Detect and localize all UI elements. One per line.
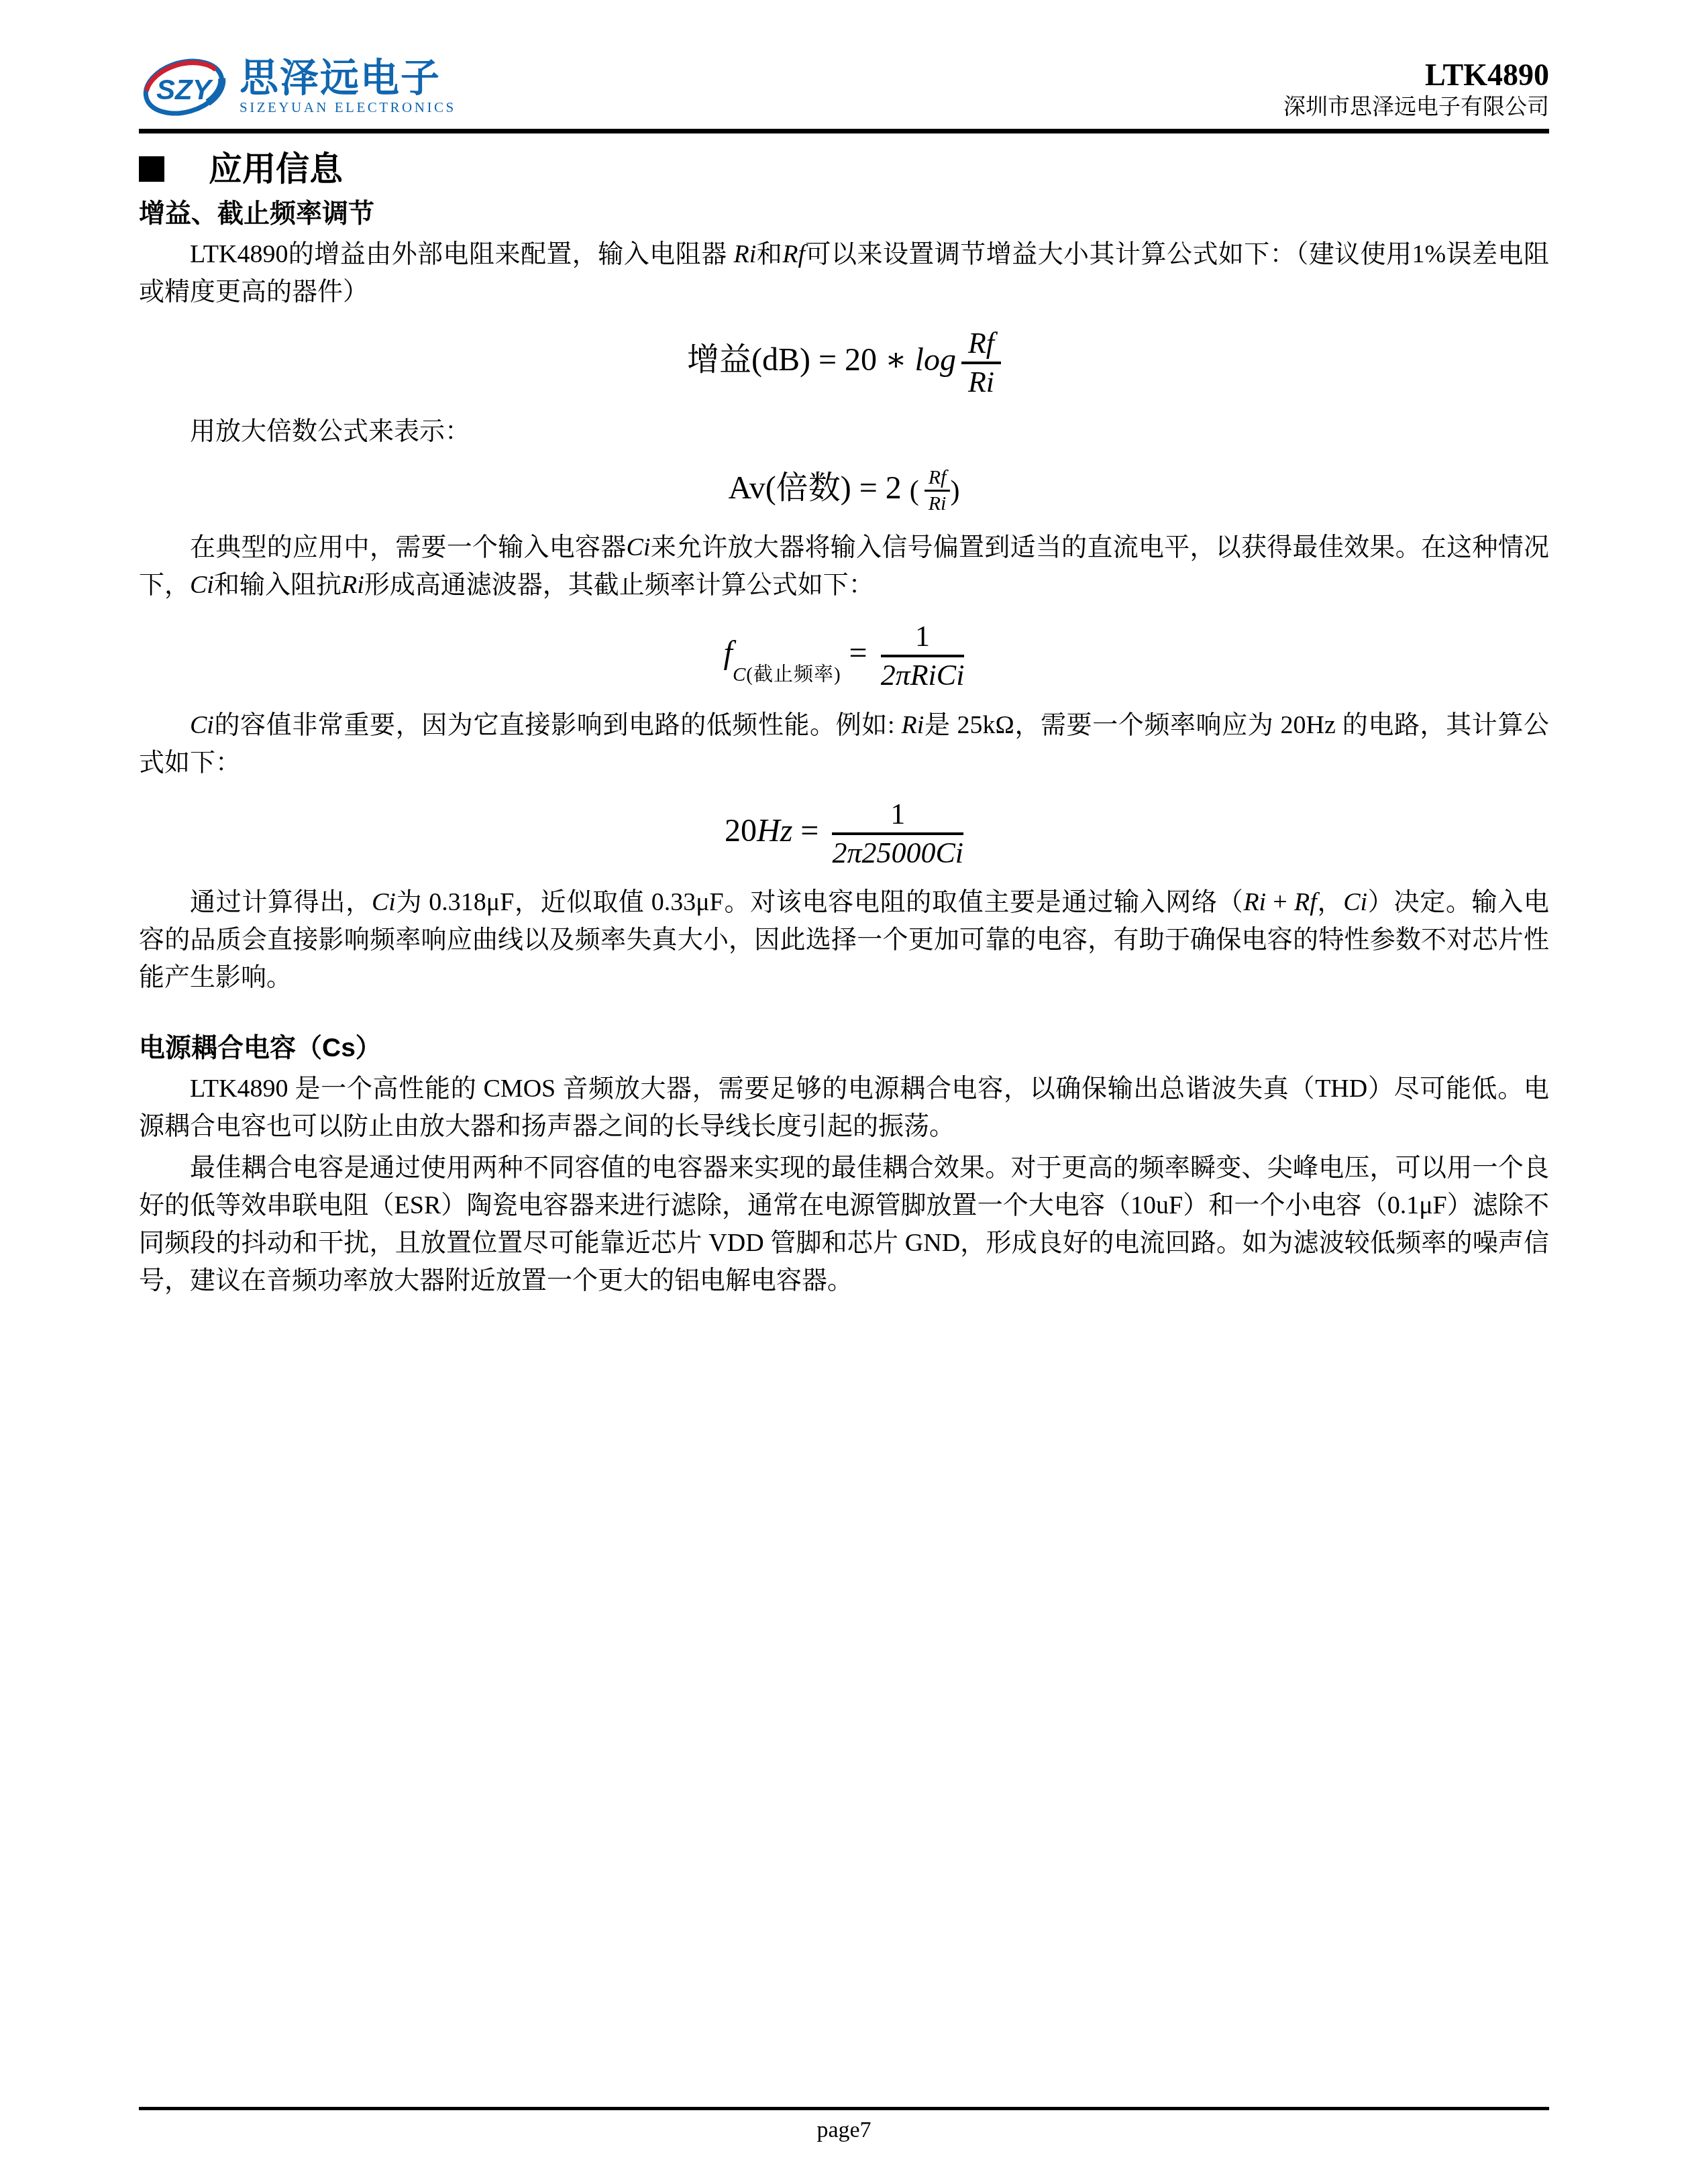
company-logo: SZY 思泽远电子 SIZEYUAN ELECTRONICS xyxy=(139,52,456,122)
logo-szy-text: SZY xyxy=(156,74,214,105)
datasheet-page: SZY 思泽远电子 SIZEYUAN ELECTRONICS LTK4890 深… xyxy=(0,0,1688,2184)
cs-section-heading: 电源耦合电容（Cs） xyxy=(139,1031,1549,1066)
brand-name-en: SIZEYUAN ELECTRONICS xyxy=(240,99,456,116)
formula-av-close-paren: ) xyxy=(950,476,959,506)
formula-gain-lhs: 增益(dB) = 20 ∗ xyxy=(687,342,915,378)
page-body: 应用信息 增益、截止频率调节 LTK4890的增益由外部电阻来配置，输入电阻器 … xyxy=(139,133,1549,1299)
page-header: SZY 思泽远电子 SIZEYUAN ELECTRONICS LTK4890 深… xyxy=(139,0,1549,133)
company-full-name: 深圳市思泽远电子有限公司 xyxy=(1283,93,1549,122)
page-footer: page7 xyxy=(139,2107,1549,2184)
logo-swoosh-icon: SZY xyxy=(139,52,229,122)
formula-20hz: 20Hz = 12π25000Ci xyxy=(139,798,1549,870)
gain-section-heading: 增益、截止频率调节 xyxy=(139,197,1549,231)
formula-fc-equals: = xyxy=(841,635,876,671)
section-title-text: 应用信息 xyxy=(209,148,343,190)
paragraph-av-intro: 用放大倍数公式来表示： xyxy=(139,413,1549,450)
fraction-rf-ri: RfRi xyxy=(961,327,1001,399)
formula-fc-symbol: f xyxy=(724,635,733,671)
formula-fc-subscript: C(截止频率) xyxy=(733,664,841,686)
header-right-block: LTK4890 深圳市思泽远电子有限公司 xyxy=(1283,58,1549,122)
formula-gain-log: log xyxy=(915,342,956,378)
fraction-1-2piRiCi: 12πRiCi xyxy=(881,620,965,692)
formula-20hz-unit: Hz xyxy=(757,813,792,849)
section-title: 应用信息 xyxy=(139,148,1549,190)
paragraph-cs-intro: LTK4890 是一个高性能的 CMOS 音频放大器，需要足够的电源耦合电容，以… xyxy=(139,1070,1549,1145)
formula-gain-db: 增益(dB) = 20 ∗ logRfRi xyxy=(139,327,1549,399)
paragraph-input-cap: 在典型的应用中，需要一个输入电容器Ci来允许放大器将输入信号偏置到适当的直流电平… xyxy=(139,529,1549,604)
formula-20hz-number: 20 xyxy=(725,813,757,849)
formula-cutoff-frequency: fC(截止频率) = 12πRiCi xyxy=(139,620,1549,693)
part-number: LTK4890 xyxy=(1283,58,1549,93)
fraction-rf-ri-small: RfRi xyxy=(925,466,951,515)
brand-name-cn: 思泽远电子 xyxy=(240,58,456,99)
formula-av-open-paren: ( xyxy=(910,476,919,506)
paragraph-gain-intro: LTK4890的增益由外部电阻来配置，输入电阻器 Ri和Rf可以来设置调节增益大… xyxy=(139,235,1549,311)
paragraph-ci-result: 通过计算得出，Ci为 0.318μF，近似取值 0.33μF。对该电容电阻的取值… xyxy=(139,883,1549,996)
square-bullet-icon xyxy=(139,156,164,182)
paragraph-cs-detail: 最佳耦合电容是通过使用两种不同容值的电容器来实现的最佳耦合效果。对于更高的频率瞬… xyxy=(139,1149,1549,1299)
page-number: page7 xyxy=(139,2116,1549,2145)
formula-20hz-equals: = xyxy=(792,813,827,849)
formula-av-lhs: Av(倍数) = 2 xyxy=(729,470,910,506)
paragraph-ci-importance: Ci的容值非常重要，因为它直接影响到电路的低频性能。例如: Ri是 25kΩ，需… xyxy=(139,706,1549,781)
formula-av: Av(倍数) = 2 (RfRi) xyxy=(139,466,1549,515)
fraction-1-2pi25000Ci: 12π25000Ci xyxy=(832,798,963,870)
logo-text-block: 思泽远电子 SIZEYUAN ELECTRONICS xyxy=(240,58,456,116)
